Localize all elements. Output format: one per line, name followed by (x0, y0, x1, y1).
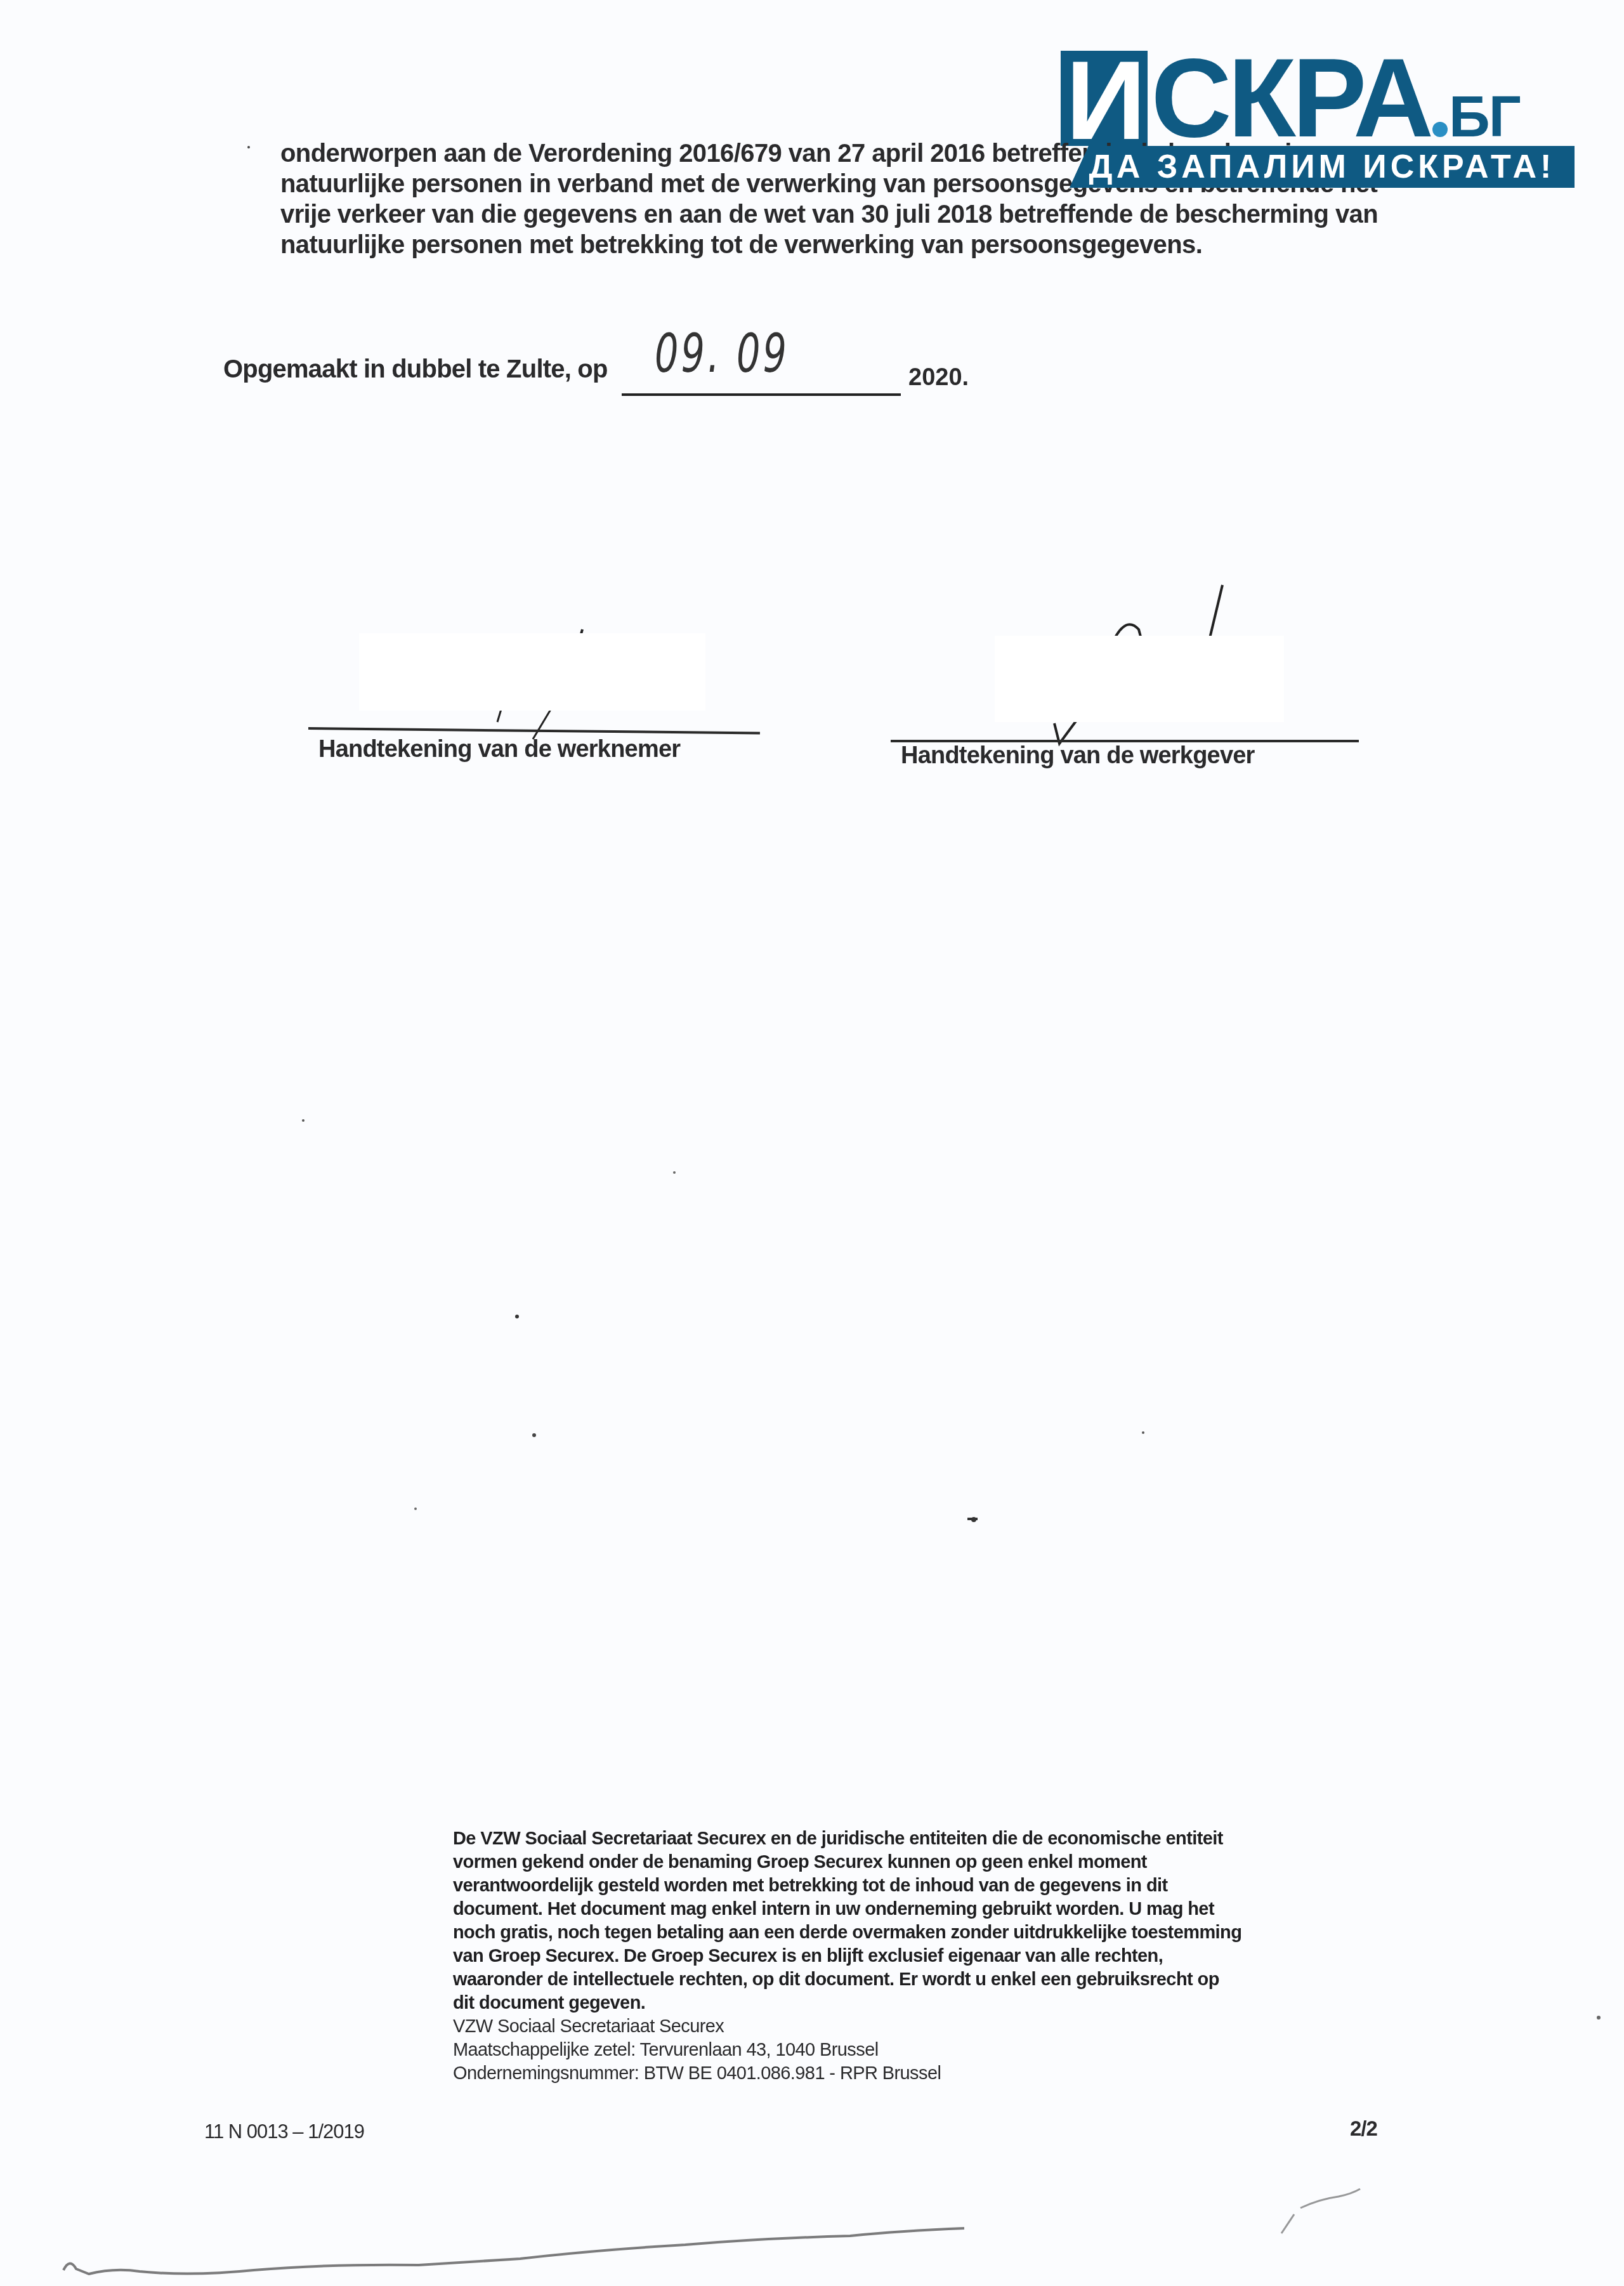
redacted-signature-employer (995, 636, 1284, 722)
logo-dot-icon (1432, 122, 1448, 137)
disclaimer-line: waaronder de intellectuele rechten, op d… (453, 1968, 1241, 1992)
form-code: 11 N 0013 – 1/2019 (204, 2120, 364, 2143)
paragraph-line: natuurlijke personen met betrekking tot … (280, 230, 1378, 260)
disclaimer-line: noch gratis, noch tegen betaling aan een… (453, 1921, 1241, 1945)
company-number: Ondernemingsnummer: BTW BE 0401.086.981 … (453, 2062, 1241, 2086)
logo-first-letter: И (1061, 51, 1148, 146)
company-address: Maatschappelijke zetel: Tervurenlaan 43,… (453, 2039, 1241, 2062)
signature-label-employee: Handtekening van de werknemer (318, 736, 680, 763)
logo-suffix: БГ (1449, 89, 1520, 146)
footer-disclaimer: De VZW Sociaal Secretariaat Securex en d… (453, 1827, 1241, 2086)
logo-tagline-overlay: ДА ЗАПАЛИМ ИСКРАТА! (1070, 146, 1575, 188)
disclaimer-line: De VZW Sociaal Secretariaat Securex en d… (453, 1827, 1241, 1851)
place-date-label: Opgemaakt in dubbel te Zulte, op (223, 355, 608, 384)
date-year: 2020. (908, 364, 969, 391)
logo-rest-letters: СКРА (1151, 51, 1431, 146)
logo-wordmark: ИСКРАБГ (1061, 51, 1575, 146)
redacted-signature-employee (359, 633, 705, 711)
disclaimer-line: document. Het document mag enkel intern … (453, 1898, 1241, 1921)
paragraph-line: vrije verkeer van die gegevens en aan de… (280, 199, 1378, 230)
date-field[interactable]: 09. 09 (622, 322, 901, 396)
disclaimer-line: verantwoordelijk gesteld worden met betr… (453, 1874, 1241, 1898)
disclaimer-line: van Groep Securex. De Groep Securex is e… (453, 1945, 1241, 1968)
page-number: 2/2 (1350, 2117, 1377, 2141)
signature-label-employer: Handtekening van de werkgever (901, 742, 1255, 770)
disclaimer-line: dit document gegeven. (453, 1992, 1241, 2015)
company-name: VZW Sociaal Secretariaat Securex (453, 2015, 1241, 2039)
disclaimer-line: vormen gekend onder de benaming Groep Se… (453, 1851, 1241, 1874)
handwritten-date: 09. 09 (655, 322, 789, 384)
